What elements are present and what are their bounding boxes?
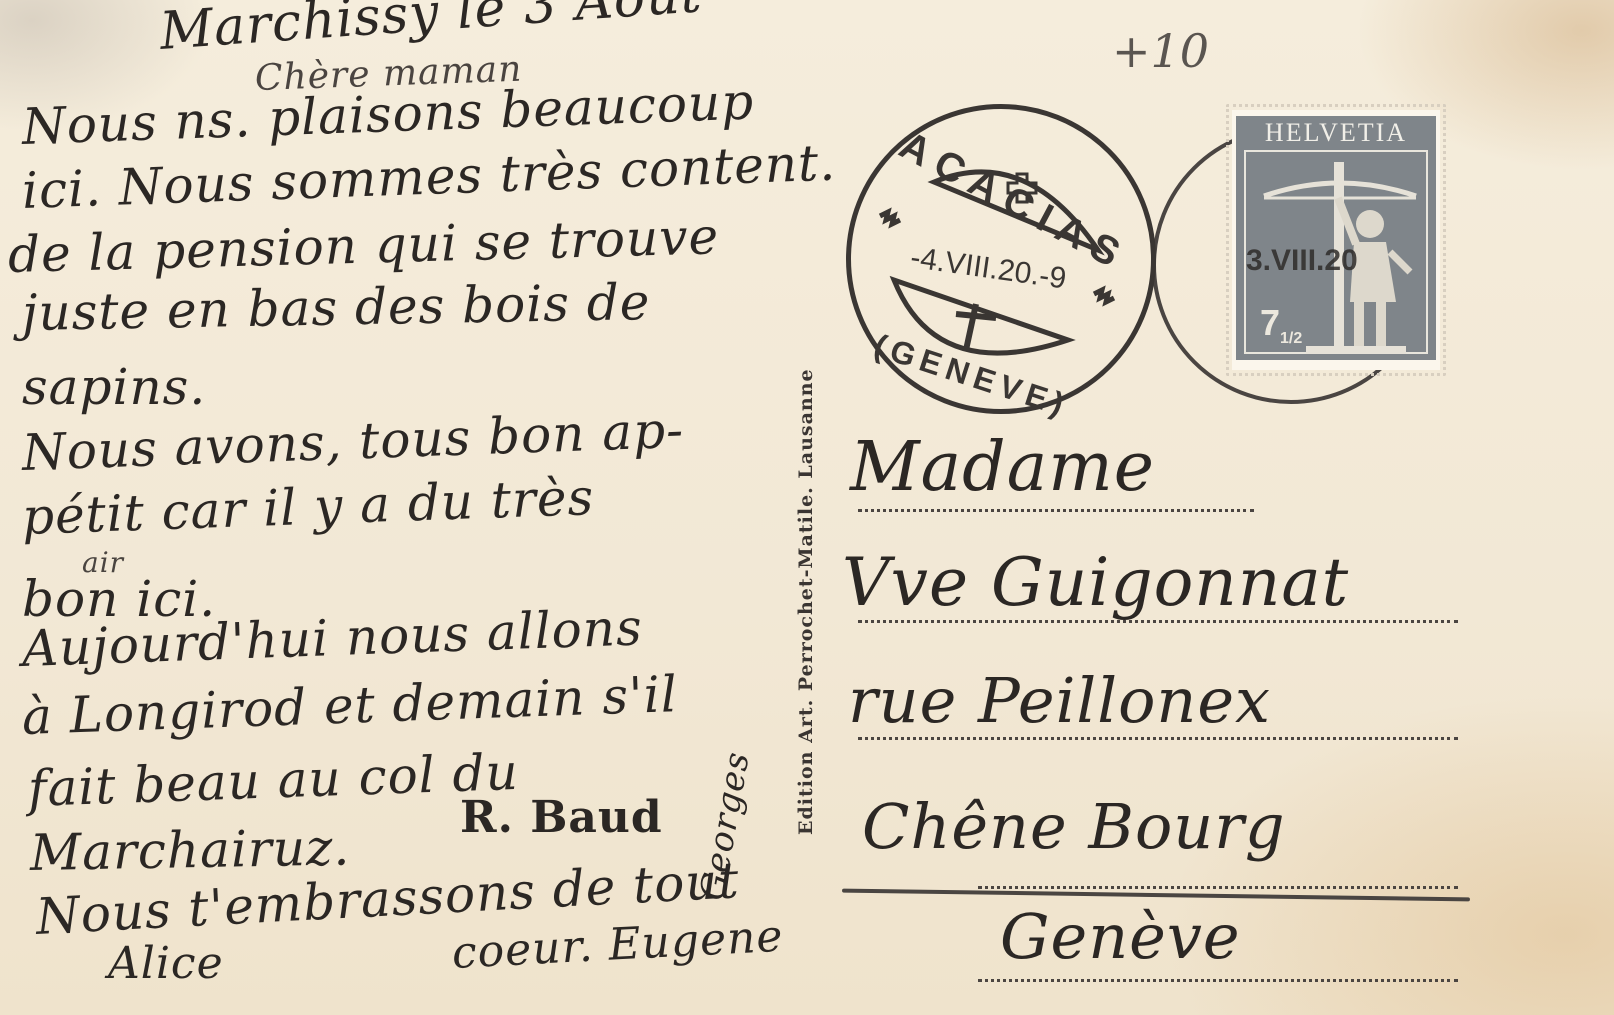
address-dotted-line [858, 737, 1458, 740]
message-line: juste en bas des bois de [21, 273, 650, 342]
postcard: Marchissy le 3 Août Chère maman Nous ns.… [0, 0, 1614, 1015]
message-line: de la pension qui se trouve [7, 207, 719, 284]
address-line-street: rue Peillonex [848, 664, 1271, 737]
publisher-imprint: Edition Art. Perrochet-Matile. Lausanne [795, 368, 817, 835]
address-dotted-line [978, 886, 1458, 889]
postmark-secondary-date: 3.VIII.20 [1246, 244, 1358, 278]
address-dotted-line [978, 979, 1458, 982]
stamp-value-fraction: 1/2 [1280, 330, 1302, 347]
signature-alice: Alice [108, 938, 224, 989]
postmark-acacias: ACACIAS -4.VIII.20.-9 (GENEVE) [846, 104, 1156, 414]
address-line-title: Madame [850, 428, 1155, 507]
stamp-value: 71/2 [1260, 302, 1302, 348]
address-dotted-line [858, 509, 1254, 512]
postage-stamp: HELVETIA 71/2 3.VIII. [1232, 110, 1440, 370]
address-line-city: Genève [1000, 900, 1241, 973]
stamp-body: HELVETIA 71/2 [1236, 116, 1436, 360]
message-line: pétit car il y a du très [21, 468, 595, 546]
message-line: à Longirod et demain s'il [21, 665, 679, 746]
corner-mark: +10 [1112, 24, 1209, 78]
address-line-name: Vve Guigonnat [842, 544, 1349, 621]
signature-georges: Georges [692, 748, 757, 903]
message-line: sapins. [22, 358, 206, 416]
address-line-town: Chêne Bourg [862, 790, 1286, 863]
address-dotted-line [858, 620, 1458, 623]
signature-r-baud: R. Baud [460, 792, 663, 843]
stamp-value-whole: 7 [1260, 302, 1280, 343]
stamp-country: HELVETIA [1236, 118, 1436, 148]
message-line: fait beau au col du [27, 743, 520, 818]
message-line: Marchairuz. [29, 818, 350, 882]
